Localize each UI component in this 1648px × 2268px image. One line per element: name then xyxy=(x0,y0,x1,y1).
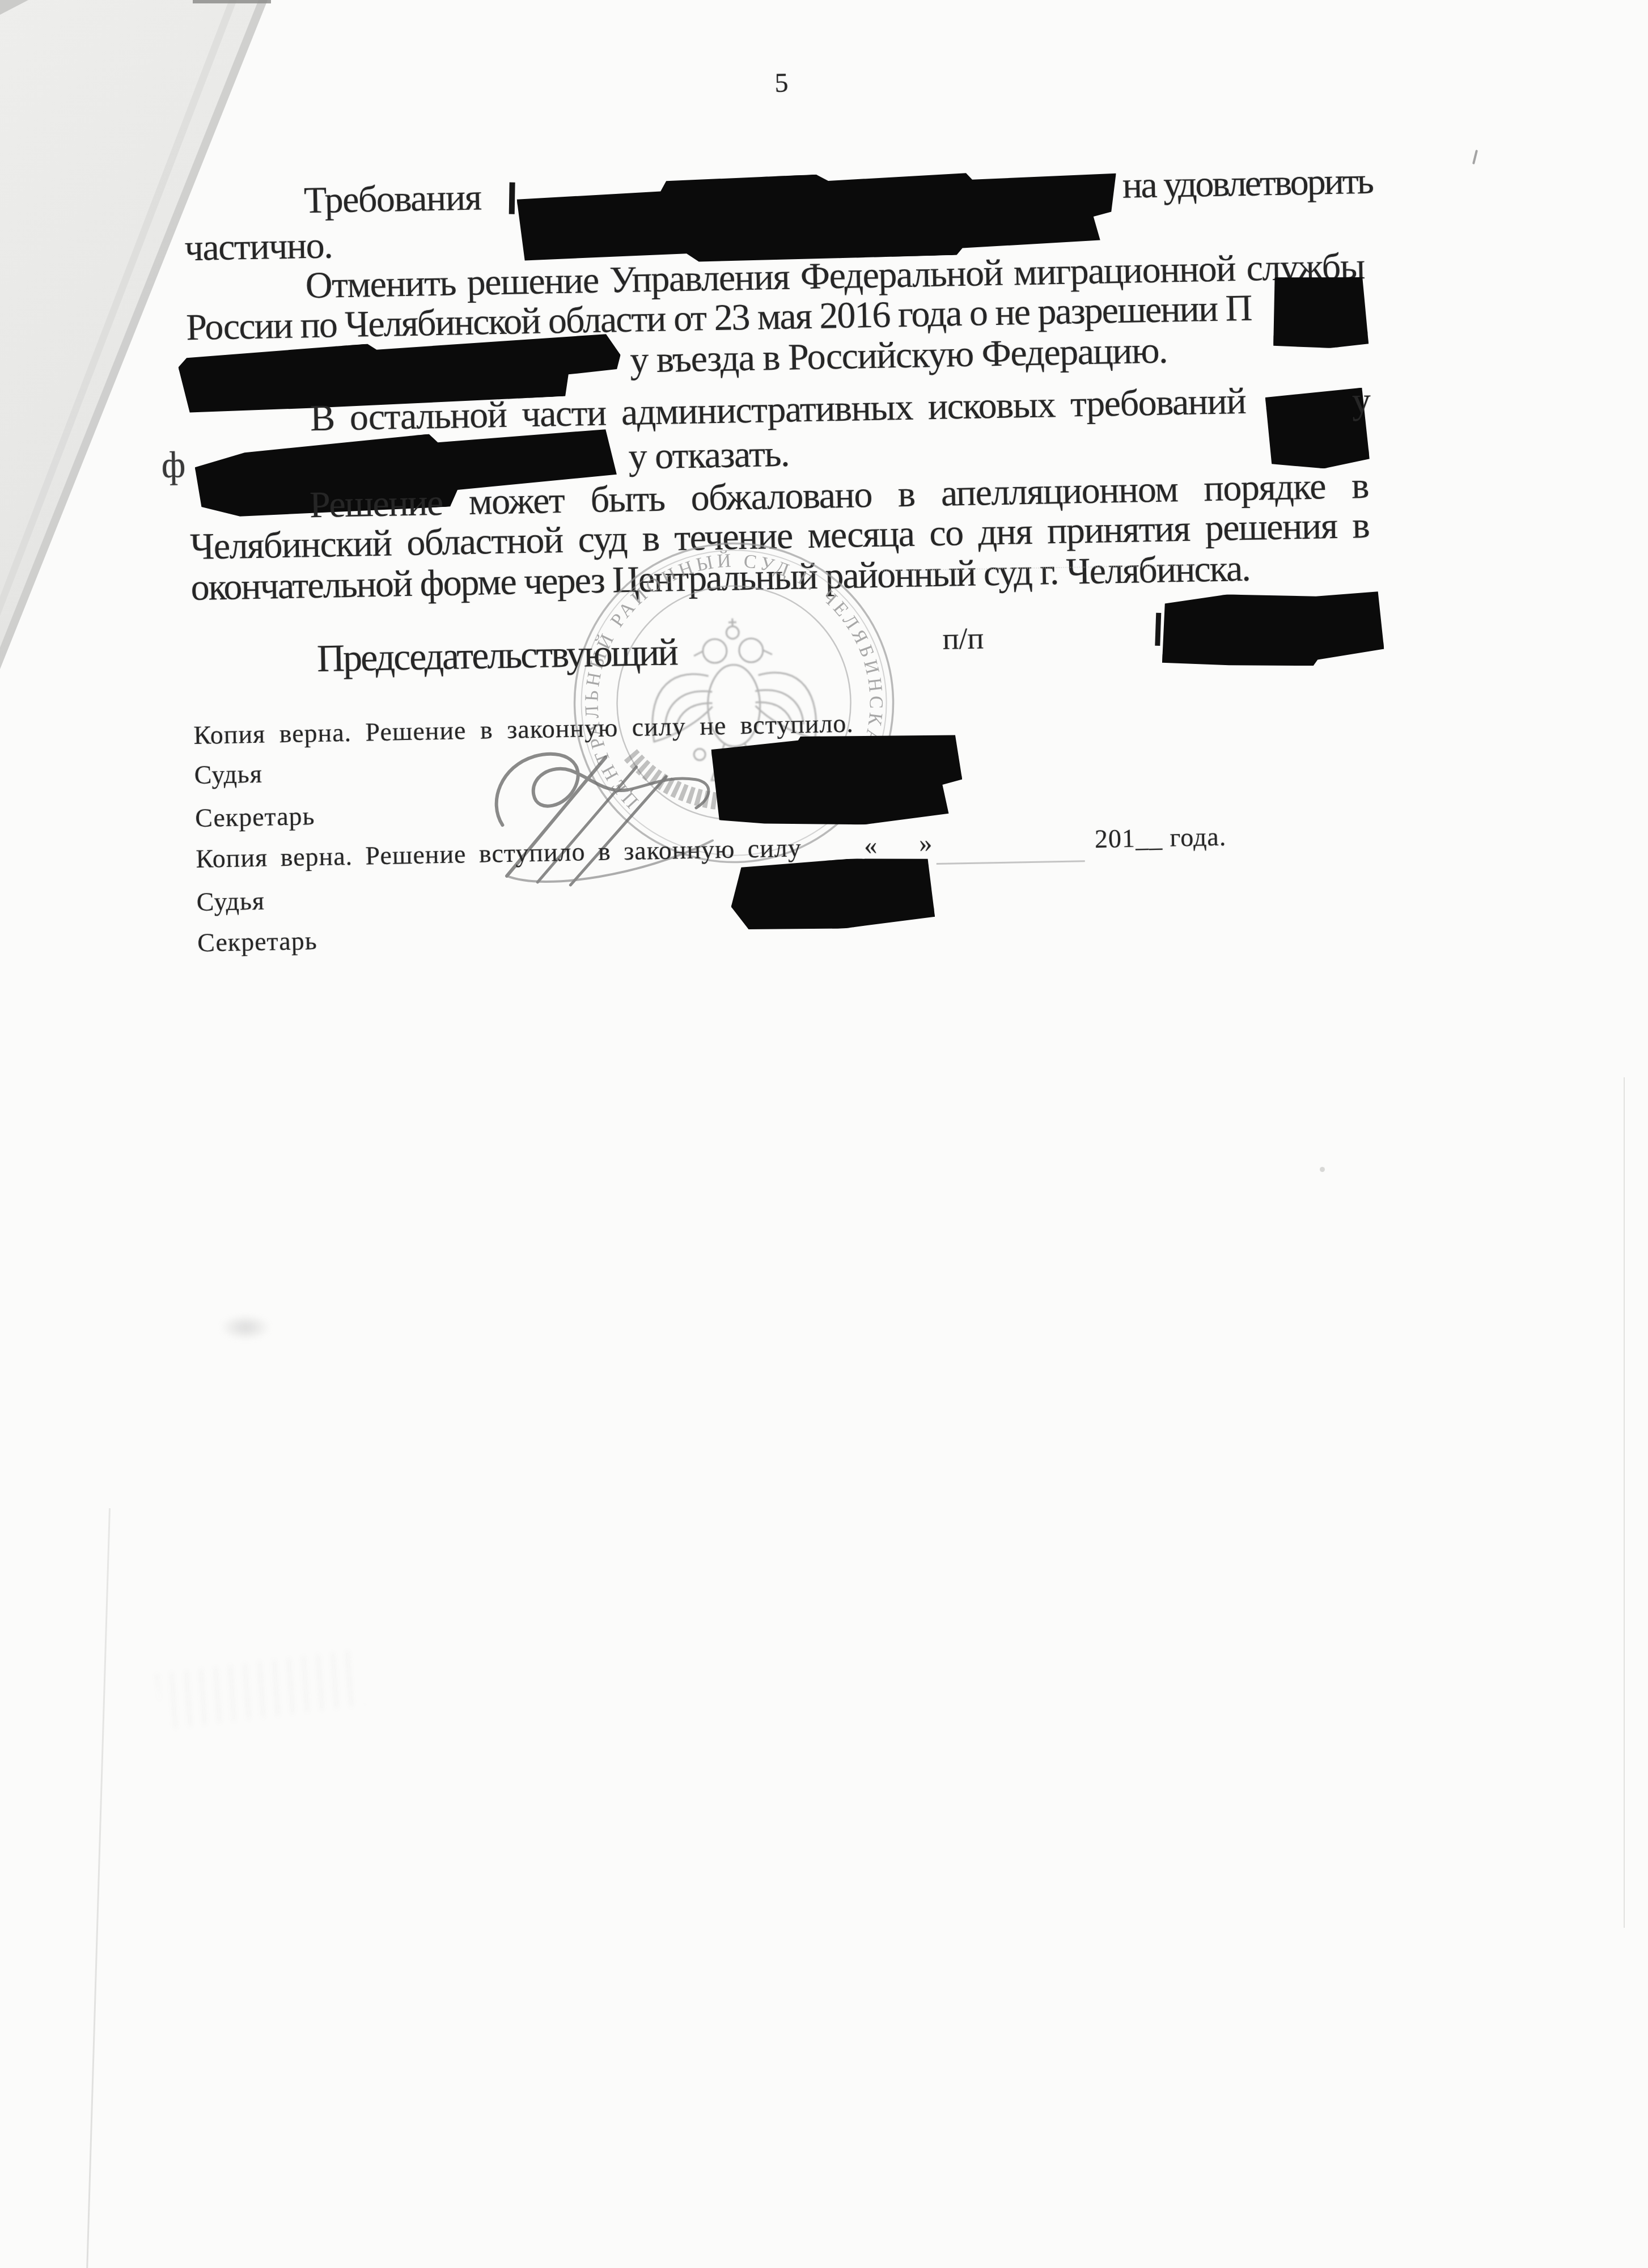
quote-close: » xyxy=(919,830,933,856)
body-line-1-start: Требования xyxy=(304,179,481,220)
year-blank: 201__ года. xyxy=(1095,824,1227,852)
secretary-label-1: Секретарь xyxy=(195,803,315,831)
body-line-1-end: на удовлетворить xyxy=(1122,163,1372,205)
redaction-box xyxy=(1271,274,1369,350)
secretary-label-2: Секретарь xyxy=(197,928,317,956)
scanned-court-document: { "page": { "number": "5" }, "main_text"… xyxy=(0,0,1648,2268)
date-blank-line xyxy=(937,860,1085,865)
quote-open: « xyxy=(864,832,878,858)
judge-label-1: Судья xyxy=(194,761,262,788)
page-number: 5 xyxy=(774,67,789,99)
partially-redacted-letter xyxy=(509,182,515,214)
redaction-box xyxy=(729,854,935,934)
body-line-2: частично. xyxy=(184,227,333,267)
presiding-label: Председательствующий xyxy=(316,629,677,681)
redaction-box xyxy=(1160,590,1385,670)
body-line-7: у отказать. xyxy=(628,435,790,476)
pp-mark: п/п xyxy=(942,620,984,656)
document-page: 5 Требования на удовлетворить частично. … xyxy=(0,0,1648,2268)
partially-redacted-letter xyxy=(1155,613,1161,646)
judge-label-2: Судья xyxy=(196,888,265,915)
body-line-5: у въезда в Российскую Федерацию. xyxy=(630,332,1168,379)
body-line-6-tail: у xyxy=(1352,382,1370,420)
body-line-7-lead: ф xyxy=(161,446,185,484)
